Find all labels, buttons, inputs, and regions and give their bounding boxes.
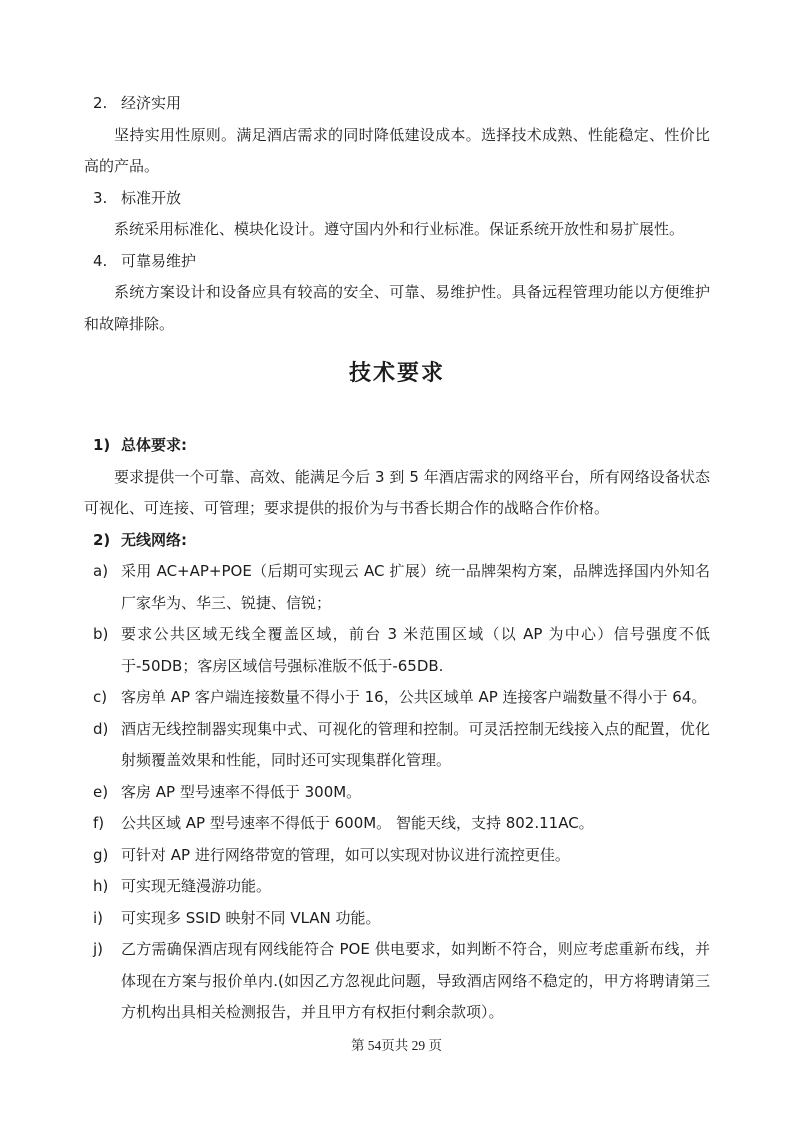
list-item: f) 公共区域 AP 型号速率不得低于 600M。 智能天线，支持 802.11… [84,808,710,840]
section-body: 要求提供一个可靠、高效、能满足今后 3 到 5 年酒店需求的网络平台，所有网络设… [84,462,710,525]
list-item-letter: a) [84,556,121,619]
section-number: 2) [84,525,121,557]
list-item: h) 可实现无缝漫游功能。 [84,871,710,903]
list-item: j) 乙方需确保酒店现有网线能符合 POE 供电要求，如判断不符合，则应考虑重新… [84,934,710,1029]
document-page: 2. 经济实用 坚持实用性原则。满足酒店需求的同时降低建设成本。选择技术成熟、性… [0,0,793,1122]
list-item-letter: d) [84,714,121,777]
section-title: 无线网络: [121,525,710,557]
list-item-text: 酒店无线控制器实现集中式、可视化的管理和控制。可灵活控制无线接入点的配置，优化射… [121,714,710,777]
list-item-text: 乙方需确保酒店现有网线能符合 POE 供电要求，如判断不符合，则应考虑重新布线，… [121,934,710,1029]
list-item: 4. 可靠易维护 [84,246,710,278]
list-item-title: 标准开放 [121,183,710,215]
list-item: e) 客房 AP 型号速率不得低于 300M。 [84,777,710,809]
list-item-letter: c) [84,682,121,714]
list-item-number: 2. [84,88,121,120]
list-item-letter: i) [84,903,121,935]
requirements-section: 1) 总体要求: 要求提供一个可靠、高效、能满足今后 3 到 5 年酒店需求的网… [84,430,710,1029]
section-title: 总体要求: [121,430,710,462]
list-item-title: 可靠易维护 [121,246,710,278]
page-footer: 第 54页共 29 页 [0,1036,793,1056]
list-item-number: 3. [84,183,121,215]
list-item-letter: g) [84,840,121,872]
list-item: b) 要求公共区域无线全覆盖区域，前台 3 米范围区域（以 AP 为中心）信号强… [84,619,710,682]
list-item: a) 采用 AC+AP+POE（后期可实现云 AC 扩展）统一品牌架构方案，品牌… [84,556,710,619]
list-item-text: 要求公共区域无线全覆盖区域，前台 3 米范围区域（以 AP 为中心）信号强度不低… [121,619,710,682]
list-item: d) 酒店无线控制器实现集中式、可视化的管理和控制。可灵活控制无线接入点的配置，… [84,714,710,777]
list-item: c) 客房单 AP 客户端连接数量不得小于 16，公共区域单 AP 连接客户端数… [84,682,710,714]
list-item-text: 客房 AP 型号速率不得低于 300M。 [121,777,710,809]
list-item-text: 可针对 AP 进行网络带宽的管理，如可以实现对协议进行流控更佳。 [121,840,710,872]
page-title: 技术要求 [84,355,710,393]
list-item-text: 采用 AC+AP+POE（后期可实现云 AC 扩展）统一品牌架构方案，品牌选择国… [121,556,710,619]
list-item-text: 公共区域 AP 型号速率不得低于 600M。 智能天线，支持 802.11AC。 [121,808,710,840]
section-number: 1) [84,430,121,462]
section-header: 1) 总体要求: [84,430,710,462]
list-item-number: 4. [84,246,121,278]
section-header: 2) 无线网络: [84,525,710,557]
list-item-body: 坚持实用性原则。满足酒店需求的同时降低建设成本。选择技术成熟、性能稳定、性价比高… [84,120,710,183]
list-item-body: 系统方案设计和设备应具有较高的安全、可靠、易维护性。具备远程管理功能以方便维护和… [84,277,710,340]
list-item-letter: h) [84,871,121,903]
list-item: 2. 经济实用 [84,88,710,120]
list-item-title: 经济实用 [121,88,710,120]
list-item-letter: e) [84,777,121,809]
list-item-letter: j) [84,934,121,1029]
list-item-text: 客房单 AP 客户端连接数量不得小于 16，公共区域单 AP 连接客户端数量不得… [121,682,710,714]
list-item-letter: b) [84,619,121,682]
list-item-letter: f) [84,808,121,840]
principles-list: 2. 经济实用 坚持实用性原则。满足酒店需求的同时降低建设成本。选择技术成熟、性… [84,88,710,340]
list-item: 3. 标准开放 [84,183,710,215]
list-item-text: 可实现多 SSID 映射不同 VLAN 功能。 [121,903,710,935]
list-item: i) 可实现多 SSID 映射不同 VLAN 功能。 [84,903,710,935]
list-item: g) 可针对 AP 进行网络带宽的管理，如可以实现对协议进行流控更佳。 [84,840,710,872]
list-item-text: 可实现无缝漫游功能。 [121,871,710,903]
list-item-body: 系统采用标准化、模块化设计。遵守国内外和行业标准。保证系统开放性和易扩展性。 [84,214,710,246]
